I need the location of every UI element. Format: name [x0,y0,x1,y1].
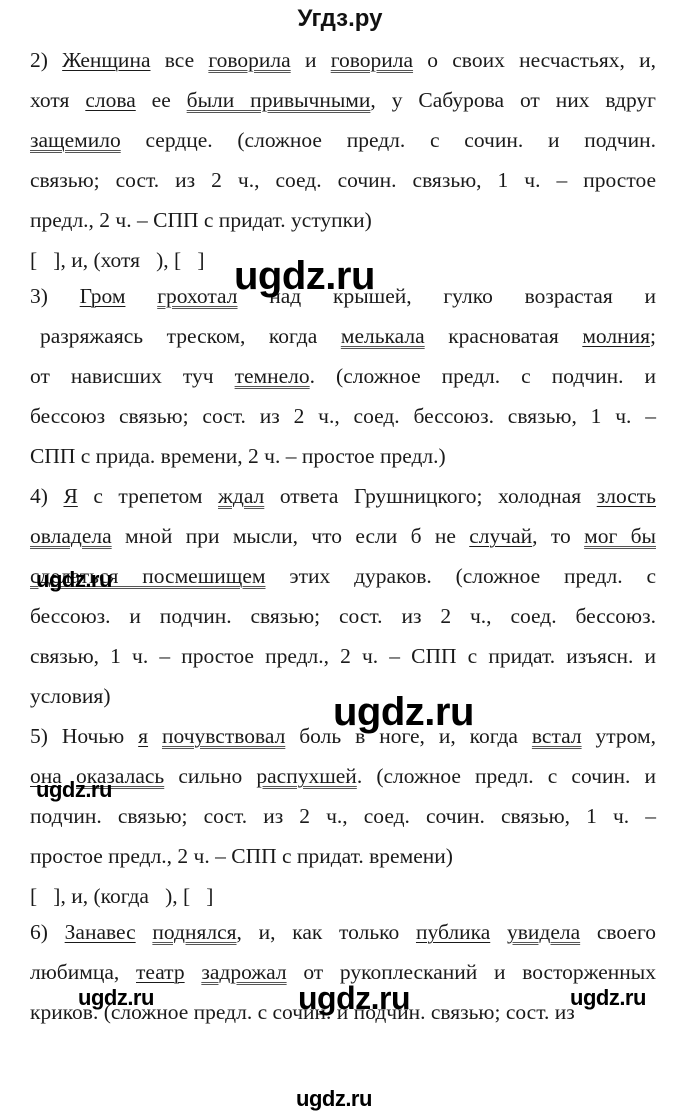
sentence-scheme: [ ], и, (хотя ), [ ] [30,240,656,276]
text-segment: боль в ноге, и, когда [285,724,532,748]
text-segment: 6) [30,920,65,944]
exercise-item: 5) Ночью я почувствовал боль в ноге, и, … [30,716,656,912]
subject-word: злость [597,484,656,508]
predicate-word: грохотал [157,284,237,308]
text-line: защемило сердце. (сложное предл. с сочин… [30,120,656,160]
text-line: сделаться посмешищем этих дураков. (слож… [30,556,656,596]
predicate-word: ждал [218,484,264,508]
text-line: связью; сост. из 2 ч., соед. сочин. связ… [30,160,656,200]
text-line: она оказалась сильно распухшей. (сложное… [30,756,656,796]
text-segment: , и, как только [237,920,416,944]
text-segment: своего [580,920,656,944]
text-line: предл., 2 ч. – СПП с придат. уступки) [30,200,656,240]
predicate-word: задрожал [201,960,286,984]
subject-word: слова [85,88,135,112]
text-segment: условия) [30,684,110,708]
text-segment: ее [136,88,187,112]
text-segment: криков. (сложное предл. с сочин. и подчи… [30,1000,575,1024]
subject-word: она [30,764,62,788]
text-segment: о своих несчастьях, и, [413,48,656,72]
text-segment: ответа Грушницкого; холодная [264,484,596,508]
predicate-word: были привычными [187,88,371,112]
predicate-word: овладела [30,524,112,548]
predicate-word: встал [532,724,582,748]
subject-word: публика [416,920,490,944]
predicate-word: поднялся [152,920,236,944]
subject-word: Женщина [62,48,150,72]
text-segment: красноватая [425,324,583,348]
text-segment: 4) [30,484,63,508]
text-segment: сердце. (сложное предл. с сочин. и подчи… [121,128,656,152]
text-line: разряжаясь треском, когда мелькала красн… [30,316,656,356]
document-body: 2) Женщина все говорила и говорила о сво… [30,40,656,1032]
text-segment: связью, 1 ч. – простое предл., 2 ч. – СП… [30,644,656,668]
text-segment: , то [532,524,584,548]
exercise-item: 4) Я с трепетом ждал ответа Грушницкого;… [30,476,656,716]
subject-word: Занавес [65,920,136,944]
text-segment: хотя [30,88,85,112]
text-segment [185,960,202,984]
predicate-word: защемило [30,128,121,152]
text-segment [62,764,76,788]
text-segment: все [151,48,209,72]
predicate-word: сделаться посмешищем [30,564,266,588]
text-line: бессоюз связью; сост. из 2 ч., соед. бес… [30,396,656,436]
exercise-item: 2) Женщина все говорила и говорила о сво… [30,40,656,276]
text-line: условия) [30,676,656,716]
predicate-word: распухшей [256,764,356,788]
text-segment: от рукоплесканий и восторженных [287,960,656,984]
text-segment: , у Сабурова от них вдруг [370,88,656,112]
text-segment [490,920,507,944]
text-line: 5) Ночью я почувствовал боль в ноге, и, … [30,716,656,756]
text-segment: и [291,48,331,72]
text-segment: . (сложное предл. с сочин. и [357,764,656,788]
sentence-scheme: [ ], и, (когда ), [ ] [30,876,656,912]
text-segment: предл., 2 ч. – СПП с придат. уступки) [30,208,372,232]
text-line: 6) Занавес поднялся, и, как только публи… [30,912,656,952]
subject-word: я [138,724,148,748]
text-line: простое предл., 2 ч. – СПП с придат. вре… [30,836,656,876]
exercise-item: 3) Гром грохотал над крышей, гулко возра… [30,276,656,476]
text-line: 4) Я с трепетом ждал ответа Грушницкого;… [30,476,656,516]
text-segment: разряжаясь треском, когда [40,324,341,348]
predicate-word: увидела [507,920,580,944]
subject-word: случай [469,524,532,548]
text-segment: 2) [30,48,62,72]
text-segment: сильно [164,764,256,788]
subject-word: Гром [80,284,126,308]
text-segment: над крышей, гулко возрастая и [238,284,656,308]
predicate-word: говорила [331,48,413,72]
subject-word: молния [582,324,650,348]
text-segment [125,284,157,308]
text-line: бессоюз. и подчин. связью; сост. из 2 ч.… [30,596,656,636]
text-segment: утром, [582,724,656,748]
predicate-word: мелькала [341,324,425,348]
text-line: от нависших туч темнело. (сложное предл.… [30,356,656,396]
subject-word: Я [63,484,77,508]
text-line: связью, 1 ч. – простое предл., 2 ч. – СП… [30,636,656,676]
text-segment: подчин. связью; сост. из 2 ч., соед. соч… [30,804,656,828]
predicate-word: почувствовал [162,724,285,748]
text-segment: с трепетом [78,484,218,508]
text-line: криков. (сложное предл. с сочин. и подчи… [30,992,656,1032]
text-line: 2) Женщина все говорила и говорила о сво… [30,40,656,80]
site-title: Угдз.ру [0,2,680,36]
predicate-word: мог бы [584,524,656,548]
text-segment [136,920,153,944]
subject-word: театр [136,960,185,984]
text-segment: простое предл., 2 ч. – СПП с придат. вре… [30,844,453,868]
text-segment: 3) [30,284,80,308]
text-line: любимца, театр задрожал от рукоплесканий… [30,952,656,992]
text-segment: бессоюз связью; сост. из 2 ч., соед. бес… [30,404,656,428]
predicate-word: оказалась [76,764,164,788]
text-line: подчин. связью; сост. из 2 ч., соед. соч… [30,796,656,836]
text-segment: СПП с прида. времени, 2 ч. – простое пре… [30,444,446,468]
exercise-item: 6) Занавес поднялся, и, как только публи… [30,912,656,1032]
text-line: хотя слова ее были привычными, у Сабуров… [30,80,656,120]
text-line: овладела мной при мысли, что если б не с… [30,516,656,556]
text-segment: . (сложное предл. с подчин. и [310,364,656,388]
text-line: СПП с прида. времени, 2 ч. – простое пре… [30,436,656,476]
text-segment: ; [650,324,656,348]
text-segment: связью; сост. из 2 ч., соед. сочин. связ… [30,168,656,192]
text-segment: мной при мысли, что если б не [112,524,470,548]
predicate-word: темнело [235,364,310,388]
text-segment: 5) Ночью [30,724,138,748]
text-line: 3) Гром грохотал над крышей, гулко возра… [30,276,656,316]
text-segment: этих дураков. (сложное предл. с [266,564,657,588]
text-segment [148,724,162,748]
watermark: ugdz.ru [296,1086,372,1112]
text-segment: от нависших туч [30,364,235,388]
text-segment: любимца, [30,960,136,984]
predicate-word: говорила [208,48,290,72]
text-segment: бессоюз. и подчин. связью; сост. из 2 ч.… [30,604,656,628]
